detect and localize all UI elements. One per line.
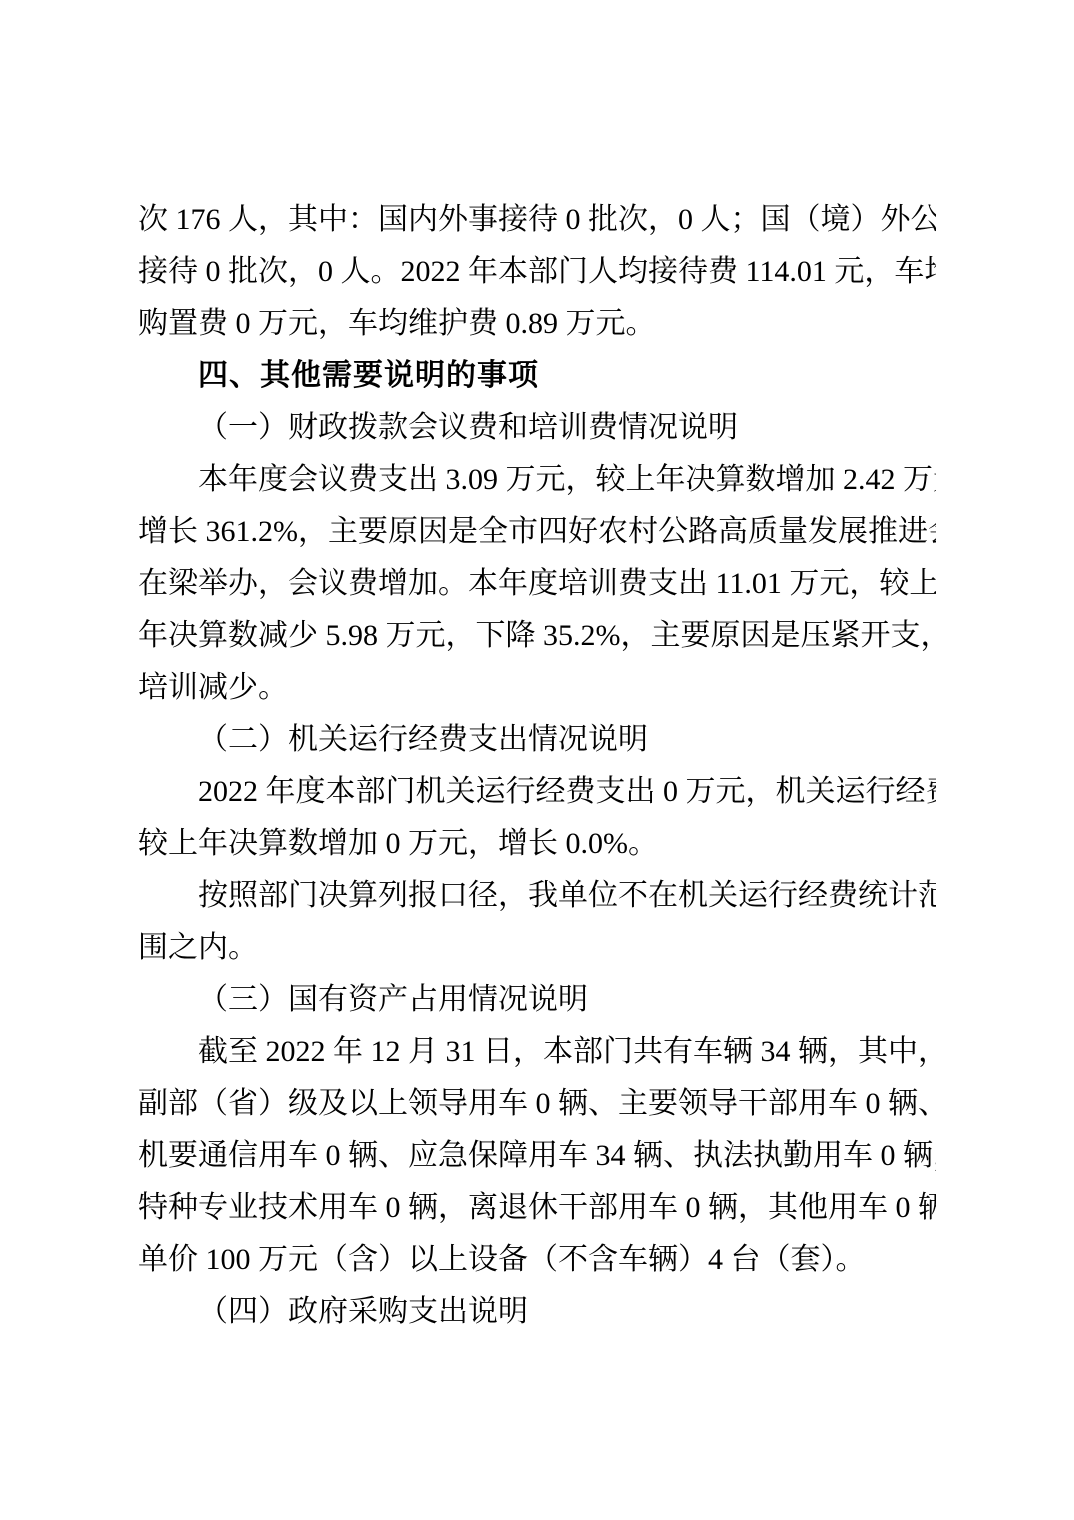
subsection-heading: （三）国有资产占用情况说明 (138, 974, 936, 1026)
body-line: 培训减少。 (138, 662, 936, 714)
body-line: 年决算数减少 5.98 万元，下降 35.2%，主要原因是压紧开支， (138, 610, 936, 662)
body-line: 2022 年度本部门机关运行经费支出 0 万元，机关运行经费 (138, 766, 936, 818)
document-page: 次 176 人，其中：国内外事接待 0 批次，0 人；国（境）外公务接待 0 批… (0, 0, 1074, 1520)
body-line: 购置费 0 万元，车均维护费 0.89 万元。 (138, 298, 936, 350)
body-line: 较上年决算数增加 0 万元，增长 0.0%。 (138, 818, 936, 870)
body-line: 按照部门决算列报口径，我单位不在机关运行经费统计范 (138, 870, 936, 922)
body-line: 特种专业技术用车 0 辆，离退休干部用车 0 辆，其他用车 0 辆。 (138, 1182, 936, 1234)
body-line: 次 176 人，其中：国内外事接待 0 批次，0 人；国（境）外公务 (138, 194, 936, 246)
body-line: 副部（省）级及以上领导用车 0 辆、主要领导干部用车 0 辆、 (138, 1078, 936, 1130)
body-line: 机要通信用车 0 辆、应急保障用车 34 辆、执法执勤用车 0 辆， (138, 1130, 936, 1182)
subsection-heading: （一）财政拨款会议费和培训费情况说明 (138, 402, 936, 454)
subsection-heading: （四）政府采购支出说明 (138, 1286, 936, 1338)
body-line: 接待 0 批次，0 人。2022 年本部门人均接待费 114.01 元，车均 (138, 246, 936, 298)
subsection-heading: （二）机关运行经费支出情况说明 (138, 714, 936, 766)
text-block: 次 176 人，其中：国内外事接待 0 批次，0 人；国（境）外公务接待 0 批… (138, 194, 936, 1338)
body-line: 单价 100 万元（含）以上设备（不含车辆）4 台（套）。 (138, 1234, 936, 1286)
body-line: 围之内。 (138, 922, 936, 974)
body-line: 增长 361.2%，主要原因是全市四好农村公路高质量发展推进会 (138, 506, 936, 558)
body-line: 本年度会议费支出 3.09 万元，较上年决算数增加 2.42 万元， (138, 454, 936, 506)
body-line: 截至 2022 年 12 月 31 日，本部门共有车辆 34 辆，其中， (138, 1026, 936, 1078)
section-heading: 四、其他需要说明的事项 (138, 350, 936, 402)
body-line: 在梁举办，会议费增加。本年度培训费支出 11.01 万元，较上 (138, 558, 936, 610)
